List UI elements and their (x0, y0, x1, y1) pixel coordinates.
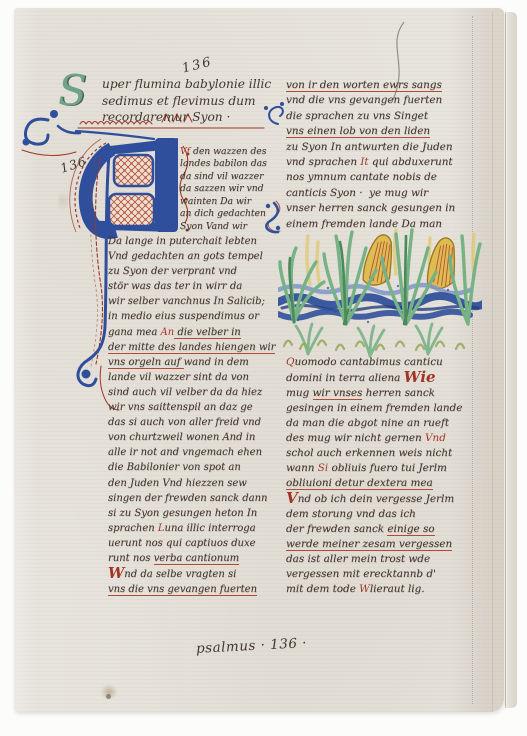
right-column-upper: von ir den worten ewrs sangsvnd die vns … (286, 78, 480, 232)
leaf-ornament (22, 110, 80, 156)
text-line: gesingen in einem fremden lande (286, 401, 480, 416)
text-line: Vnd ob ich dein vergesse Jerlm (286, 491, 480, 507)
right-column-lower: Quomodo cantabimus canticudomini in terr… (286, 355, 480, 597)
text-line: vns einen lob von den liden (286, 124, 480, 139)
text-line: stör was das ter in wirr da (108, 279, 272, 294)
text-line: Syon Vand wir (180, 221, 280, 233)
illuminated-initial-s: S (58, 70, 87, 112)
text-line: alle ir not and vngemach ehen (108, 445, 272, 460)
manuscript-photo: { "folio": { "number_top": "136", "numbe… (0, 0, 527, 736)
photo-backdrop: 136 136 S uper flumina babylonie illic s… (0, 0, 527, 736)
text-line: schol auch erkennen weis nicht (286, 446, 480, 461)
text-line: gana mea An die velber in (108, 325, 272, 340)
river (278, 285, 482, 323)
text-line: von churtzweil wonen And in (108, 430, 272, 445)
grass-row (284, 341, 464, 351)
text-line: runt nos verba cantionum (108, 551, 272, 566)
text-line: landes babilon das (180, 158, 280, 170)
text-line: lande vil wazzer sint da von (108, 370, 272, 385)
text-line: das ist aller mein trost wde (286, 552, 480, 567)
text-line: Vnd gedachten an gots tempel (108, 249, 272, 264)
text-line: vns die vns gevangen fuerten (108, 582, 272, 597)
text-line: Quomodo cantabimus canticu (286, 355, 480, 370)
catchword: psalmus · 136 · (196, 635, 308, 657)
text-line: domini in terra aliena Wie (286, 370, 480, 386)
text-line: vnser herren sanck gesungen in (286, 201, 480, 216)
stain (106, 694, 111, 699)
text-line: da man die abgot nine an rueft (286, 416, 480, 431)
text-line: da sind vil wazzer (180, 171, 280, 183)
text-line: si zu Syon gesungen heton In (108, 506, 272, 521)
text-line: der mitte des landes hiengen wir (108, 340, 272, 355)
text-line: vnd sprachen It qui abduxerunt (286, 155, 480, 170)
page-fore-edge (505, 12, 517, 708)
text-line: mit dem tode Wlieraut lig. (286, 582, 480, 597)
ruling-line-fold (492, 12, 493, 712)
text-line: mug wir vnses herren sanck (286, 386, 480, 401)
initial-a-body (70, 138, 190, 232)
text-line: singen der frewden sanck dann (108, 491, 272, 506)
text-line: nos ymnum cantate nobis de (286, 170, 480, 185)
text-line: vnd die vns gevangen fuerten (286, 93, 480, 108)
text-line: zu Syon der verprant vnd (108, 264, 272, 279)
text-line: das si auch von aller freid vnd (108, 415, 272, 430)
text-line: werde meiner zesam vergessen (286, 537, 480, 552)
text-line: Wnd da selbe vragten si (108, 566, 272, 582)
willow-trees (280, 230, 480, 356)
manuscript-page: 136 136 S uper flumina babylonie illic s… (14, 8, 504, 712)
latin-rubric: uper flumina babylonie illic sedimus et … (102, 76, 284, 126)
text-line: wir vns saittenspil an daz ge (108, 400, 272, 415)
text-line: in medio eius suspendimus or (108, 309, 272, 324)
text-line: die Babilonier von spot an (108, 460, 272, 475)
willow-harp-river-illustration (278, 224, 482, 358)
text-line: obliuioni detur dextera mea (286, 476, 480, 491)
rubric-line: recordaremur Syon · (102, 109, 284, 126)
text-line: uerunt nos qui captiuos duxe (108, 536, 272, 551)
text-line: des mug wir nicht gernen Vnd (286, 431, 480, 446)
text-line: wainten Da wir (180, 196, 280, 208)
left-column: Da lange in puterchait lebtenVnd gedacht… (108, 234, 272, 597)
left-column-beside-initial: Vf den wazzen deslandes babilon dasda si… (180, 146, 280, 233)
text-line: Da lange in puterchait lebten (108, 234, 272, 249)
text-line: die sprachen zu vns Singet (286, 109, 480, 124)
stain (58, 188, 68, 214)
text-line: an dich gedachten (180, 208, 280, 220)
text-line: vergessen mit erecktannb d' (286, 567, 480, 582)
text-line: vns orgeln auf wand in dem (108, 355, 272, 370)
text-line: einem fremden lande Da man (286, 217, 480, 232)
yellow-underlay (307, 230, 474, 284)
text-line: Vf den wazzen des (180, 146, 280, 158)
margin-psalm-number: 136 (58, 153, 88, 176)
text-line: von ir den worten ewrs sangs (286, 78, 480, 93)
text-line: wann Si obliuis fuero tui Jerlm (286, 461, 480, 476)
willow-dark-accents (289, 236, 408, 324)
text-line: der frewden sanck einige so (286, 522, 480, 537)
text-line: zu Syon In antwurten die Juden (286, 140, 480, 155)
folio-number: 136 (181, 54, 215, 76)
text-line: sind auch vil velber da da hiez (108, 385, 272, 400)
rubric-line: uper flumina babylonie illic (102, 76, 284, 93)
rubric-line: sedimus et flevimus dum (102, 93, 284, 110)
text-line: dem storung vnd das ich (286, 507, 480, 522)
text-line: wir selber vanchnus In Salicib; (108, 294, 272, 309)
text-line: da sazzen wir vnd (180, 183, 280, 195)
text-line: sprachen Luna illic interroga (108, 521, 272, 536)
text-line: canticis Syon · ye mug wir (286, 186, 480, 201)
text-line: den Juden Vnd hiezzen sew (108, 476, 272, 491)
